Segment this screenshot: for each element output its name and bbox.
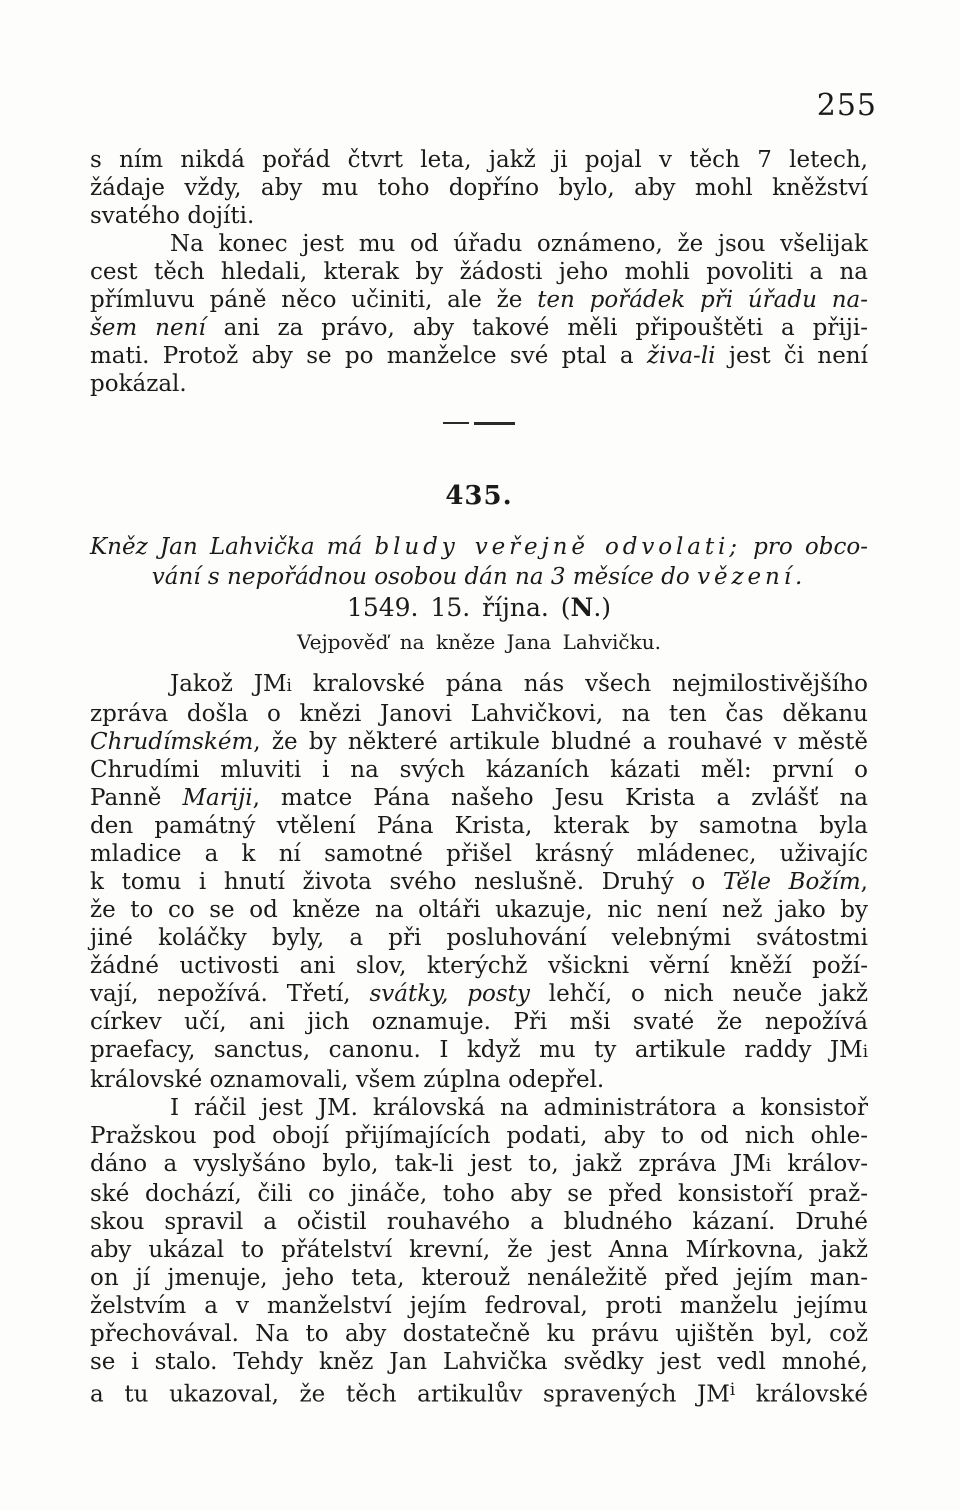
continuation-paragraph: s ním nikdá pořád čtvrt leta, jakž ji po… [90, 146, 868, 230]
text-line: Chrudímském, že by některé artikule blud… [90, 728, 868, 756]
text-line: skou spravil a očistil rouhavého a bludn… [90, 1208, 868, 1236]
text-line: I ráčil jest JM. královská na administrá… [90, 1094, 868, 1122]
text-line: a tu ukazoval, že těch artikulův spraven… [90, 1376, 868, 1409]
text-line: želstvím a v manželství jejím fedroval, … [90, 1292, 868, 1320]
text-line: Kněz Jan Lahvička má bludy veřejně odvol… [90, 532, 868, 562]
text-line: že to co se od kněze na oltáři ukazuje, … [90, 896, 868, 924]
text-line: Na konec jest mu od úřadu oznámeno, že j… [90, 230, 868, 258]
text-line: šem není ani za právo, aby takové měli p… [90, 314, 868, 342]
text-line: žádné uctivosti ani slov, kterýchž všick… [90, 952, 868, 980]
text-line: dáno a vyslyšáno bylo, tak-li jest to, j… [90, 1150, 868, 1180]
text-line: vání s nepořádnou osobou dán na 3 měsíce… [90, 562, 868, 592]
text-line: jiné koláčky byly, a při posluhování vel… [90, 924, 868, 952]
section-number: 435. [90, 482, 868, 510]
text-line: mladice a k ní samotné přišel krásný mlá… [90, 840, 868, 868]
text-line: přechovával. Na to aby dostatečně ku prá… [90, 1320, 868, 1348]
text-line: den památný vtělení Pána Krista, kterak … [90, 812, 868, 840]
text-line: Chrudími mluviti i na svých kázaních káz… [90, 756, 868, 784]
section-date: 1549. 15. října. (N.) [90, 594, 868, 622]
text-line: se i stalo. Tehdy kněz Jan Lahvička svěd… [90, 1348, 868, 1376]
section-subtitle: Vejpověď na kněze Jana Lahvičku. [90, 630, 868, 654]
text-line: cest těch hledali, kterak by žádosti jeh… [90, 258, 868, 286]
section-divider [443, 421, 515, 425]
section-title: Kněz Jan Lahvička má bludy veřejně odvol… [90, 532, 868, 592]
text-line: k tomu i hnutí života svého neslušně. Dr… [90, 868, 868, 896]
text-line: Pražskou pod obojí přijímajících podati,… [90, 1122, 868, 1150]
text-line: Panně Mariji, matce Pána našeho Jesu Kri… [90, 784, 868, 812]
text-line: žádaje vždy, aby mu toho dopříno bylo, a… [90, 174, 868, 202]
text-line: ské dochází, čili co jináče, toho aby se… [90, 1180, 868, 1208]
text-line: Jakož JMi kralovské pána nás všech nejmi… [90, 670, 868, 700]
text-line: Vejpověď na kněze Jana Lahvičku. [90, 630, 868, 654]
paragraph-na-konec: Na konec jest mu od úřadu oznámeno, že j… [90, 230, 868, 398]
text-line: církev učí, ani jich oznamuje. Při mši s… [90, 1008, 868, 1036]
text-line: přímluvu páně něco učiniti, ale že ten p… [90, 286, 868, 314]
text-line: on jí jmenuje, jeho teta, kterouž nenále… [90, 1264, 868, 1292]
text-line: mati. Protož aby se po manželce své ptal… [90, 342, 868, 370]
page-number: 255 [817, 90, 877, 122]
text-line: s ním nikdá pořád čtvrt leta, jakž ji po… [90, 146, 868, 174]
text-line: 1549. 15. října. (N.) [90, 594, 868, 622]
text-line: zpráva došla o knězi Janovi Lahvičkovi, … [90, 700, 868, 728]
text-line: aby ukázal to přátelství krevní, že jest… [90, 1236, 868, 1264]
text-line: královské oznamovali, všem zúplna odepře… [90, 1066, 868, 1094]
text-line: praefacy, sanctus, canonu. I když mu ty … [90, 1036, 868, 1066]
text-line: svatého dojíti. [90, 202, 868, 230]
paragraph-jakoz: Jakož JMi kralovské pána nás všech nejmi… [90, 670, 868, 1094]
text-line: vají, nepožívá. Třetí, svátky, posty leh… [90, 980, 868, 1008]
page-text: s ním nikdá pořád čtvrt leta, jakž ji po… [90, 146, 868, 1409]
text-line: 435. [90, 482, 868, 510]
paragraph-i-racil: I ráčil jest JM. královská na administrá… [90, 1094, 868, 1409]
text-line: pokázal. [90, 370, 868, 398]
book-page: 255 s ním nikdá pořád čtvrt leta, jakž j… [0, 0, 960, 1510]
